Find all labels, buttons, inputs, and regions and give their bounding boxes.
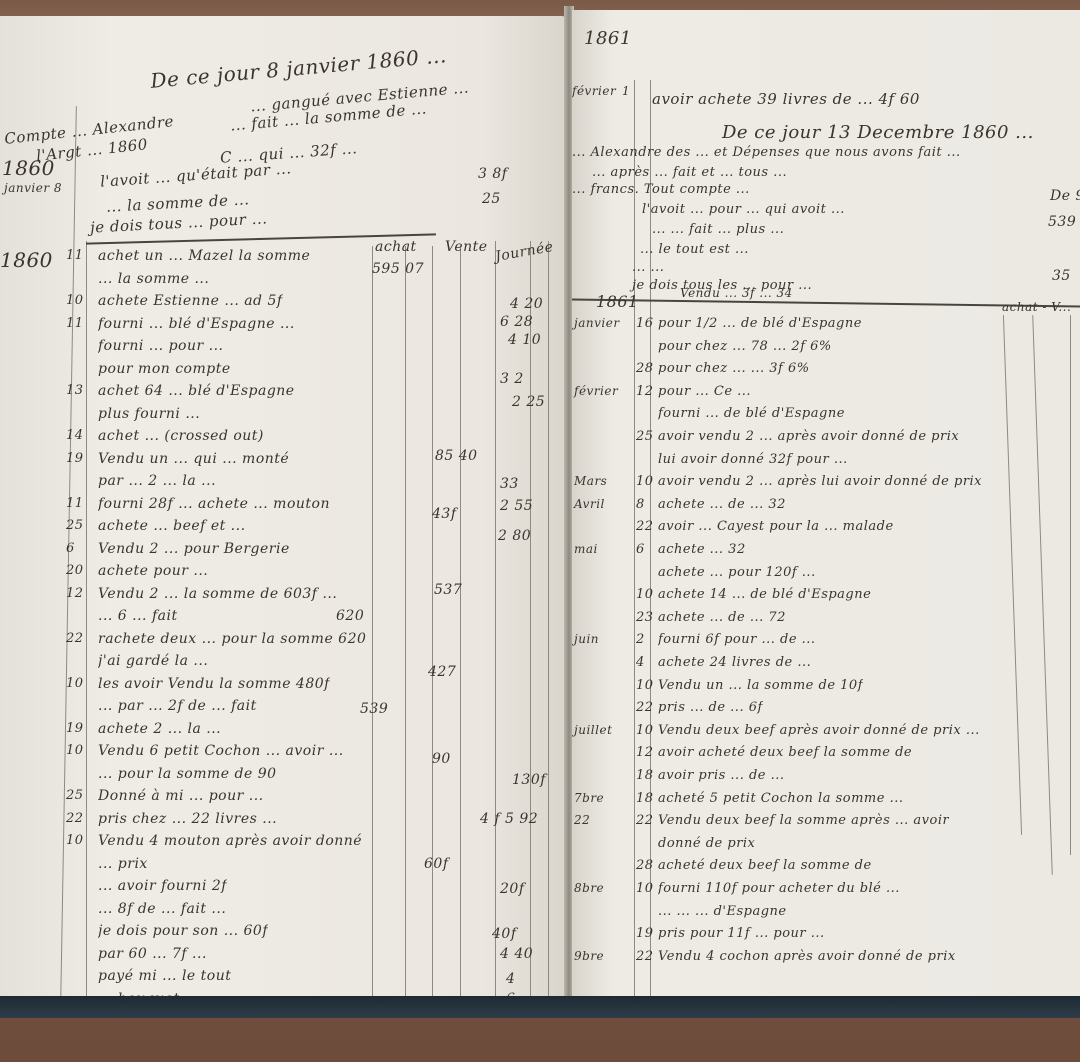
journee-value: 4 20: [510, 296, 543, 312]
entry-day: 28: [636, 858, 654, 873]
entry-day: 19: [636, 926, 654, 941]
entry-text: ... ... ... d'Espagne: [658, 904, 787, 919]
entry-month: juin: [574, 632, 599, 646]
entry-text: achete 2 ... la ...: [98, 721, 221, 737]
year-top: 1861: [584, 28, 632, 49]
column-rule: [405, 246, 406, 1006]
entry-text: achete pour ...: [98, 563, 208, 579]
journee-value: 2 55: [500, 498, 533, 514]
heading-line: ... après ... fait et ... tous ...: [592, 165, 787, 180]
achat-value: 620: [336, 608, 364, 624]
heading-line: l'avoit ... pour ... qui avoit ...: [642, 202, 845, 217]
entry-text: fourni ... blé d'Espagne ...: [98, 316, 295, 332]
journee-value: 4 10: [508, 332, 541, 348]
column-rule: [530, 241, 531, 1001]
entry-day: 8: [636, 497, 645, 512]
ledger-book: Compte ... Alexandre l'Argt ... 1860 186…: [0, 6, 1080, 1036]
entry-text: ... 6 ... fait: [98, 608, 178, 624]
column-header-journee: Journée: [494, 239, 555, 265]
year-label: 1860: [0, 248, 53, 272]
entry-text: avoir pris ... de ...: [658, 768, 785, 783]
entry-day: 25: [66, 788, 84, 803]
entry-text: donné de prix: [658, 836, 755, 851]
achat-value: 595 07: [372, 261, 424, 277]
entry-text: ... avoir fourni 2f: [98, 878, 227, 894]
entry-text: Donné à mi ... pour ...: [98, 788, 264, 804]
entry-text: achete ... de ... 72: [658, 610, 786, 625]
entry-text: je dois pour son ... 60f: [98, 923, 268, 939]
entry-text: lui avoir donné 32f pour ...: [658, 452, 848, 467]
entry-day: 10: [636, 881, 654, 896]
summary-line: Vendu ... 3f ... 34: [680, 286, 793, 300]
entry-text: les avoir Vendu la somme 480f: [98, 676, 330, 692]
year-label: 1861: [596, 292, 639, 311]
entry-day: 10: [636, 723, 654, 738]
column-rule: [1070, 315, 1071, 855]
entry-text: achet un ... Mazel la somme: [98, 248, 310, 264]
entry-text: achete ... 32: [658, 542, 746, 557]
left-page: Compte ... Alexandre l'Argt ... 1860 186…: [0, 16, 566, 1006]
heading-line: ... francs. Tout compte ...: [572, 182, 750, 197]
heading-amount: 539: [1048, 214, 1076, 230]
vente-value: 85 40: [435, 448, 478, 464]
top-entry-day: 1: [622, 84, 630, 98]
heading-amount: 25: [482, 191, 501, 207]
entry-text: fourni ... pour ...: [98, 338, 223, 354]
entry-text: achete ... beef et ...: [98, 518, 246, 534]
entry-day: 25: [636, 429, 654, 444]
entry-day: 10: [66, 676, 84, 691]
entry-month: Mars: [574, 474, 607, 488]
entry-day: 20: [66, 563, 84, 578]
entry-day: 4: [636, 655, 645, 670]
entry-day: 25: [66, 518, 84, 533]
entry-text: avoir acheté deux beef la somme de: [658, 745, 912, 760]
entry-month: mai: [574, 542, 598, 556]
journee-value: 3 2: [500, 371, 524, 387]
entry-day: 18: [636, 791, 654, 806]
entry-month: février: [574, 384, 618, 398]
vente-value: 43f: [432, 506, 457, 522]
entry-text: achete ... de ... 32: [658, 497, 786, 512]
entry-text: achete ... pour 120f ...: [658, 565, 816, 580]
entry-text: Vendu un ... la somme de 10f: [658, 678, 863, 693]
journee-value: 2 80: [498, 528, 531, 544]
journee-value: 6 28: [500, 314, 533, 330]
entry-text: Vendu 2 ... la somme de 603f ...: [98, 586, 337, 602]
vente-value: 90: [432, 751, 451, 767]
entry-text: ... prix: [98, 856, 148, 872]
entry-text: avoir vendu 2 ... après avoir donné de p…: [658, 429, 959, 444]
entry-day: 10: [636, 678, 654, 693]
entry-text: pour chez ... 78 ... 2f 6%: [658, 339, 832, 354]
margin-rule: [86, 241, 87, 1001]
entry-day: 16: [636, 316, 654, 331]
margin-rule: [60, 106, 77, 1006]
column-rule: [1032, 315, 1053, 875]
entry-day: 22: [66, 631, 84, 646]
entry-text: Vendu 2 ... pour Bergerie: [98, 541, 290, 557]
heading-line: ... Alexandre des ... et Dépenses que no…: [572, 145, 961, 160]
heading-amount: De 9: [1050, 188, 1080, 204]
entry-day: 22: [636, 700, 654, 715]
entry-text: ... par ... 2f de ... fait: [98, 698, 257, 714]
entry-day: 10: [66, 743, 84, 758]
heading-line: ... ...: [632, 260, 664, 275]
entry-month: 7bre: [574, 791, 604, 805]
journee-value: 2 25: [512, 394, 545, 410]
journee-value: 4: [506, 971, 515, 987]
entry-day: 13: [66, 383, 84, 398]
entry-text: Vendu 4 mouton après avoir donné: [98, 833, 362, 849]
entry-day: 10: [66, 833, 84, 848]
column-rule: [372, 246, 373, 1006]
journee-value: 130f: [512, 772, 546, 788]
entry-text: pris pour 11f ... pour ...: [658, 926, 825, 941]
entry-month: 8bre: [574, 881, 604, 895]
heading-line: ... ... fait ... plus ...: [652, 222, 784, 237]
entry-text: plus fourni ...: [98, 406, 200, 422]
entry-text: pour ... Ce ...: [658, 384, 751, 399]
vente-value: 537: [434, 582, 462, 598]
entry-day: 11: [66, 248, 84, 263]
heading-line: l'avoit ... qu'était par ...: [100, 159, 292, 190]
entry-text: acheté 5 petit Cochon la somme ...: [658, 791, 903, 806]
entry-day: 22: [66, 811, 84, 826]
entry-day: 12: [636, 745, 654, 760]
entry-text: achet 64 ... blé d'Espagne: [98, 383, 295, 399]
entry-day: 22: [636, 949, 654, 964]
right-page: 1861 février 1 avoir achete 39 livres de…: [572, 10, 1080, 1006]
entry-day: 18: [636, 768, 654, 783]
entry-day: 10: [636, 474, 654, 489]
journee-value: 33: [500, 476, 519, 492]
heading: De ce jour 13 Decembre 1860 ...: [722, 122, 1034, 143]
entry-day: 6: [66, 541, 75, 556]
journee-value: 4 40: [500, 946, 533, 962]
entry-text: fourni ... de blé d'Espagne: [658, 406, 845, 421]
entry-month: janvier: [574, 316, 620, 330]
journee-value: 4 f 5 92: [480, 811, 538, 827]
margin-month: janvier 8: [4, 181, 62, 195]
entry-text: achete 14 ... de blé d'Espagne: [658, 587, 871, 602]
entry-text: Vendu 4 cochon après avoir donné de prix: [658, 949, 956, 964]
entry-day: 14: [66, 428, 84, 443]
entry-text: payé mi ... le tout: [98, 968, 231, 984]
entry-text: ... pour la somme de 90: [98, 766, 277, 782]
entry-day: 22: [636, 813, 654, 828]
entry-day: 22: [636, 519, 654, 534]
entry-text: pour mon compte: [98, 361, 231, 377]
entry-day: 10: [66, 293, 84, 308]
entry-text: achete Estienne ... ad 5f: [98, 293, 283, 309]
column-header-vente: Vente: [445, 239, 488, 255]
entry-day: 2: [636, 632, 645, 647]
entry-day: 12: [636, 384, 654, 399]
entry-text: pour 1/2 ... de blé d'Espagne: [658, 316, 862, 331]
entry-day: 10: [636, 587, 654, 602]
column-header: achat - V...: [1002, 300, 1071, 314]
entry-text: rachete deux ... pour la somme 620: [98, 631, 366, 647]
entry-day: 6: [636, 542, 645, 557]
entry-month: 9bre: [574, 949, 604, 963]
entry-day: 11: [66, 316, 84, 331]
margin-year: 1860: [2, 156, 55, 180]
margin-rule: [634, 80, 635, 1006]
column-rule: [1003, 315, 1022, 835]
entry-text: Vendu deux beef après avoir donné de pri…: [658, 723, 980, 738]
top-entry-text: avoir achete 39 livres de ... 4f 60: [652, 90, 920, 108]
entry-text: fourni 110f pour acheter du blé ...: [658, 881, 900, 896]
heading-line: ... le tout est ...: [640, 242, 749, 257]
entry-text: Vendu 6 petit Cochon ... avoir ...: [98, 743, 344, 759]
vente-value: 60f: [424, 856, 449, 872]
entry-text: Vendu deux beef la somme après ... avoir: [658, 813, 949, 828]
vente-value: 20f: [500, 881, 525, 897]
entry-text: avoir vendu 2 ... après lui avoir donné …: [658, 474, 982, 489]
entry-text: par ... 2 ... la ...: [98, 473, 216, 489]
entry-text: pour chez ... ... 3f 6%: [658, 361, 810, 376]
heading-amount: 3 8f: [478, 166, 507, 182]
column-rule: [460, 246, 461, 1006]
entry-text: ... 8f de ... fait ...: [98, 901, 226, 917]
column-header-achat: achat: [375, 239, 417, 255]
column-rule: [548, 241, 549, 1001]
entry-month: 22: [574, 813, 590, 827]
entry-day: 19: [66, 451, 84, 466]
entry-text: pris ... de ... 6f: [658, 700, 763, 715]
entry-day: 28: [636, 361, 654, 376]
entry-text: acheté deux beef la somme de: [658, 858, 872, 873]
vente-value: 40f: [492, 926, 517, 942]
entry-text: j'ai gardé la ...: [98, 653, 208, 669]
entry-month: Avril: [574, 497, 605, 511]
entry-text: par 60 ... 7f ...: [98, 946, 207, 962]
vente-value: 427: [428, 664, 456, 680]
entry-text: Vendu un ... qui ... monté: [98, 451, 289, 467]
entry-text: achete 24 livres de ...: [658, 655, 811, 670]
entry-day: 19: [66, 721, 84, 736]
entry-text: fourni 6f pour ... de ...: [658, 632, 816, 647]
entry-text: pris chez ... 22 livres ...: [98, 811, 277, 827]
book-cover-edge: [0, 996, 1080, 1018]
entry-day: 23: [636, 610, 654, 625]
entry-text: fourni 28f ... achete ... mouton: [98, 496, 330, 512]
column-rule: [432, 246, 433, 1006]
achat-value: 539: [360, 701, 388, 717]
top-entry-month: février: [572, 84, 616, 98]
entry-day: 11: [66, 496, 84, 511]
entry-text: ... la somme ...: [98, 271, 209, 287]
entry-month: juillet: [574, 723, 612, 737]
entry-text: avoir ... Cayest pour la ... malade: [658, 519, 894, 534]
entry-text: achet ... (crossed out): [98, 428, 264, 444]
entry-day: 12: [66, 586, 84, 601]
column-rule: [495, 241, 496, 1001]
heading-amount: 35: [1052, 268, 1071, 284]
